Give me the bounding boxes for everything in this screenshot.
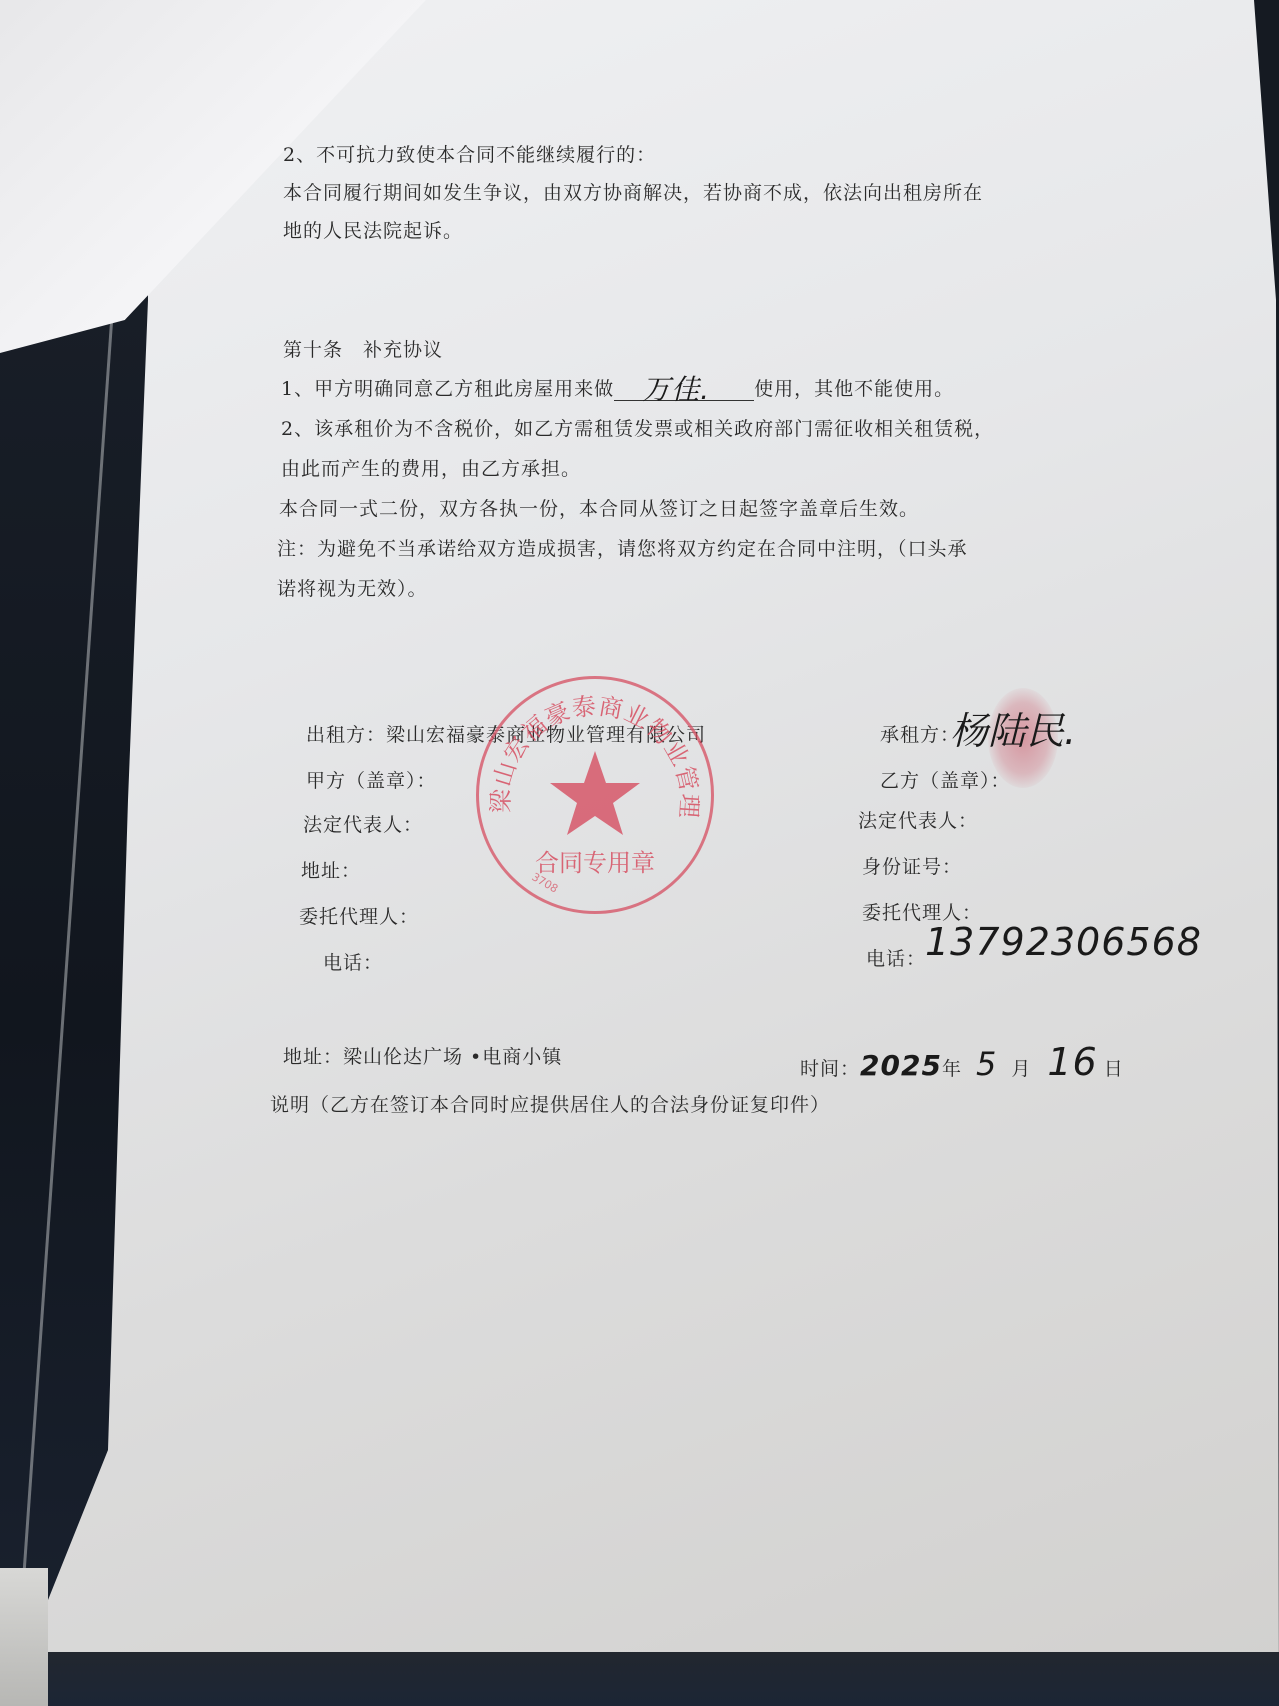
month-label: 月 [1011,1058,1031,1080]
use-blank-field: 万佳. [614,382,754,401]
party-b-phone-label: 电话： [866,944,926,971]
note-line-1: 注：为避免不当承诺给双方造成损害，请您将双方约定在合同中注明，（口头承 [277,534,968,561]
lessee-label: 承租方： [880,724,960,746]
day-handwritten: 16 [1047,1040,1097,1084]
year-label: 年 [942,1058,962,1080]
item-1-prefix: 1、甲方明确同意乙方租此房屋用来做 [281,378,614,400]
company-seal: 梁山宏福豪泰商业物业管理有限公司 合同专用章 3708 [476,676,714,914]
month-handwritten: 5 [976,1045,997,1083]
clause-10-item-1: 1、甲方明确同意乙方租此房屋用来做万佳.使用，其他不能使用。 [281,374,954,401]
dispute-line-1: 本合同履行期间如发生争议，由双方协商解决，若协商不成，依法向出租房所在 [283,178,983,205]
lessee-row: 承租方： [880,720,960,747]
party-a-phone-label: 电话： [323,948,383,975]
time-label: 时间： [800,1058,860,1080]
clause-10-item-2-line-2: 由此而产生的费用，由乙方承担。 [281,454,581,481]
copies-clause: 本合同一式二份，双方各执一份，本合同从签订之日起签字盖章后生效。 [279,494,919,521]
clause-10-item-2-line-1: 2、该承租价为不含税价，如乙方需租赁发票或相关政府部门需征收相关租赁税， [281,414,994,441]
party-a-address-label: 地址： [301,856,361,883]
seal-center-text: 合同专用章 [535,849,655,877]
year-handwritten: 2025 [860,1049,942,1082]
party-b-id-label: 身份证号： [862,852,962,879]
lessor-label: 出租方： [306,724,386,746]
note-line-2: 诺将视为无效）。 [277,574,428,601]
party-a-legal-rep-label: 法定代表人： [303,810,423,837]
dispute-line-2: 地的人民法院起诉。 [283,216,463,243]
party-b-seal-label: 乙方（盖章）： [880,766,1011,793]
seal-star-icon [550,751,640,835]
clause-10-heading: 第十条 补充协议 [283,335,443,362]
footer-explanation: 说明（乙方在签订本合同时应提供居住人的合法身份证复印件） [270,1090,830,1117]
footer-address: 地址：梁山伦达广场 •电商小镇 [283,1042,562,1069]
signing-date: 时间：2025年5月16日 [800,1040,1124,1084]
party-b-legal-rep-label: 法定代表人： [858,806,978,833]
seal-graphic: 梁山宏福豪泰商业物业管理有限公司 合同专用章 3708 [479,679,711,911]
party-a-seal-label: 甲方（盖章）： [306,766,437,793]
party-a-agent-label: 委托代理人： [299,902,419,929]
handwritten-use: 万佳. [642,368,710,408]
item-1-suffix: 使用，其他不能使用。 [754,378,954,400]
contract-content: 2、不可抗力致使本合同不能继续履行的： 本合同履行期间如发生争议，由双方协商解决… [0,0,1279,1706]
day-label: 日 [1104,1058,1124,1080]
party-b-phone-handwritten: 13792306568 [925,920,1202,964]
force-majeure-item: 2、不可抗力致使本合同不能继续履行的： [283,140,656,167]
lessee-signature: 杨陆民. [950,700,1076,755]
